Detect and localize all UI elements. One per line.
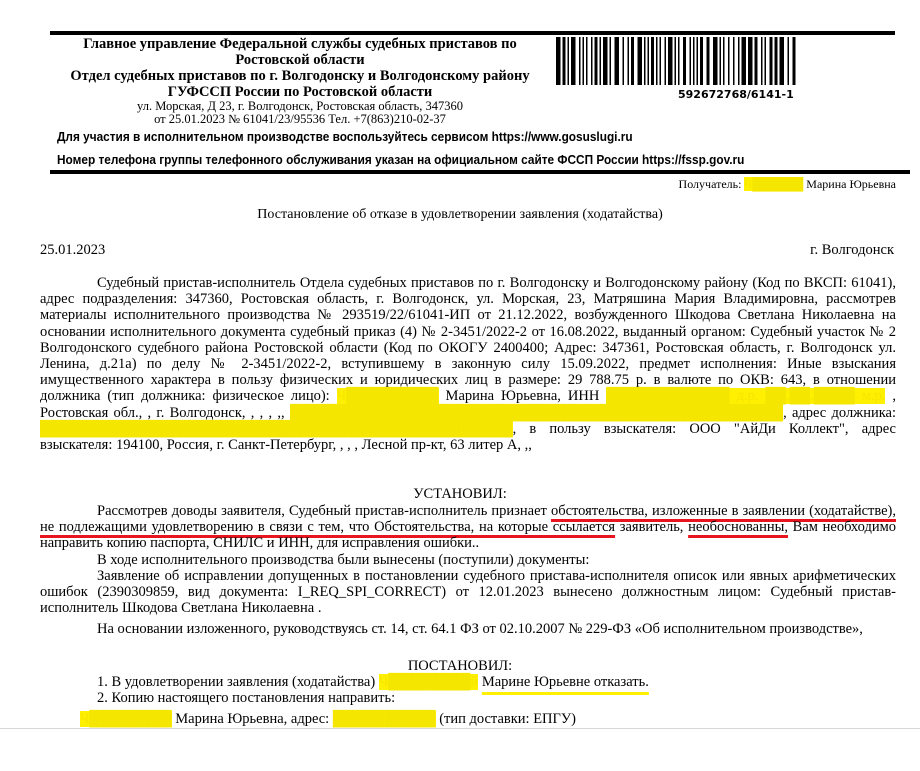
item3-redacted-name: Ч████████ [80,711,172,727]
redacted-address-2: ████████████████████████████████████████… [40,421,513,437]
gosuslugi-notice: Для участия в исполнительном производств… [57,129,633,144]
established-paragraph: Рассмотрев доводы заявителя, Судебный пр… [40,503,896,552]
resolution-item-2: 2. Копию настоящего постановления направ… [40,690,896,706]
recipient-line: Получатель: Ч██████ Марина Юрьевна [679,177,896,192]
underlined-unfounded: необоснованны, [688,519,788,535]
item3-text-b: (тип доставки: ЕПГУ) [439,711,576,727]
redacted-inn: ████████████ д.р. ██.██.████ м.р. [606,388,885,404]
intro-text-d: , адрес должника: [783,405,896,421]
org-line-2: Ростовской области [50,52,550,68]
phone-notice: Номер телефона группы телефонного обслуж… [57,152,744,167]
basis-paragraph: На основании изложенного, руководствуясь… [40,621,896,637]
document-page: Главное управление Федеральной службы су… [0,0,920,729]
dept-line-1: Отдел судебных приставов по г. Волгодонс… [50,68,550,84]
dept-line-2: ГУФССП России по Ростовской области [50,84,550,100]
recipient-name: Марина Юрьевна [806,177,896,191]
issuer-ref: от 25.01.2023 № 61041/23/95536 Тел. +7(8… [50,113,550,126]
intro-paragraph: Судебный пристав-исполнитель Отдела суде… [40,275,896,453]
resolved-heading: ПОСТАНОВИЛ: [0,658,920,675]
intro-text-b: Марина Юрьевна, ИНН [446,388,600,404]
resolution-item-1: 1. В удовлетворении заявления (ходатайст… [40,674,896,690]
barcode-icon [556,37,796,85]
document-date: 25.01.2023 [40,242,105,259]
org-line-1: Главное управление Федеральной службы су… [50,36,550,52]
redacted-surname: Ч█████████ [337,388,439,404]
document-city: г. Волгодонск [810,242,894,259]
header-divider [50,170,910,174]
resolution-item-3: Ч████████ Марина Юрьевна, адрес: ███████… [40,711,896,727]
redacted-address-1: ████████████████████████████████████████… [290,405,783,421]
item3-text-a: Марина Юрьевна, адрес: [175,711,329,727]
established-text-a: Рассмотрев доводы заявителя, Судебный пр… [97,503,547,519]
item1-text: 1. В удовлетворении заявления (ходатайст… [97,674,375,690]
recipient-redacted: Ч██████ [744,177,803,191]
established-text-b: заявитель, [620,519,684,535]
barcode-number: 592672768/6141-1 [678,88,794,101]
document-title: Постановление об отказе в удовлетворении… [0,207,920,223]
issuer-header: Главное управление Федеральной службы су… [50,36,550,126]
recipient-label: Получатель: [679,177,742,191]
item1-redacted: Ч████████й [379,674,478,690]
documents-intro: В ходе исполнительного производства были… [40,552,896,568]
item1-refusal: Марине Юрьевне отказать. [482,674,649,690]
established-heading: УСТАНОВИЛ: [0,486,920,503]
documents-item: Заявление об исправлении допущенных в по… [40,568,896,617]
top-rule [50,31,895,35]
intro-text-a: Судебный пристав-исполнитель Отдела суде… [40,275,896,404]
item3-redacted-address: ██████████ [333,711,436,727]
